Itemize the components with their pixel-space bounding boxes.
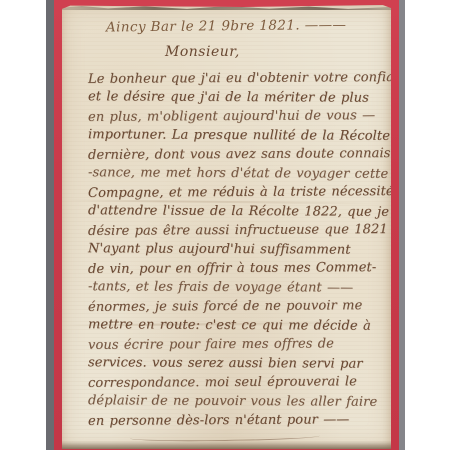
letter-body: Le bonheur que j'ai eu d'obtenir votre c… [62,69,391,430]
letter-line: désire pas être aussi infructueuse que 1… [88,220,387,241]
letter-line: d'attendre l'issue de la Récolte 1822, q… [88,201,387,222]
letter-line: correspondance. moi seul éprouverai le [88,372,387,393]
letter-salutation: Monsieur, [165,44,391,65]
photo-edge-right [399,0,405,450]
letter-dateline: Aincy Bar le 21 9bre 1821. ——— [106,17,391,40]
letter-line: de vin, pour en offrir à tous mes Commet… [88,258,387,279]
letter-photo: Aincy Bar le 21 9bre 1821. ——— Monsieur,… [0,0,450,450]
photo-edge-left [46,0,54,450]
letter-line: importuner. La presque nullité de la Réc… [88,125,387,146]
letter-line: déplaisir de ne pouvoir vous les aller f… [88,391,387,412]
paper-bottom-shadow [62,441,391,449]
letter-line: et le désire que j'ai de la mériter de p… [88,87,387,108]
letter-line: -sance, me met hors d'état de voyager ce… [88,163,387,184]
letter-line: Compagne, et me réduis à la triste néces… [88,182,387,203]
letter-paper: Aincy Bar le 21 9bre 1821. ——— Monsieur,… [62,5,391,449]
letter-line: en personne dès-lors n'étant pour —— [88,410,387,431]
letter-line: Le bonheur que j'ai eu d'obtenir votre c… [88,68,387,89]
letter-line: dernière, dont vous avez sans doute conn… [88,144,387,165]
letter-line: services. vous serez aussi bien servi pa… [88,353,387,374]
letter-line: -tants, et les frais de voyage étant —— [88,277,387,298]
letter-line: en plus, m'obligent aujourd'hui de vous … [88,106,387,127]
letter-line: N'ayant plus aujourd'hui suffisamment [88,239,387,260]
letter-line: vous écrire pour faire mes offres de [88,334,387,355]
letter-line: mettre en route: c'est ce qui me décide … [88,315,387,336]
letter-line: énormes, je suis forcé de ne pouvoir me [88,296,387,317]
